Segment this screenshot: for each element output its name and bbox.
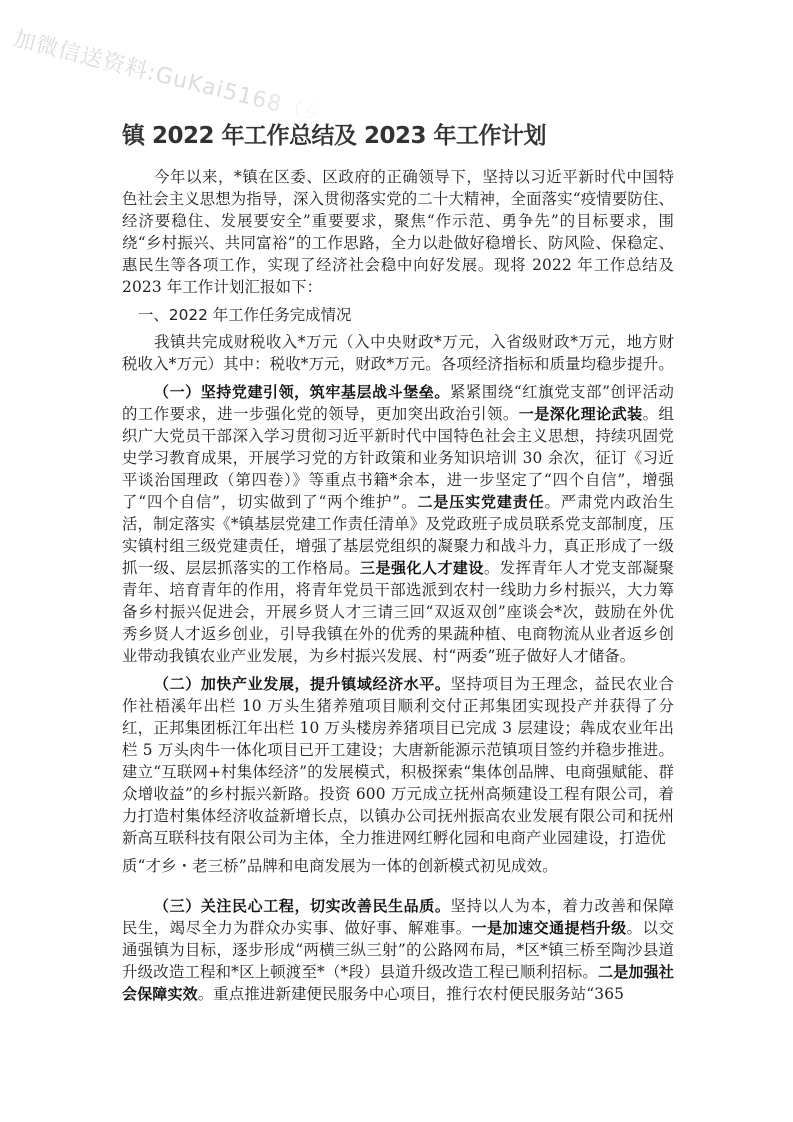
- paragraph-text: 。重点推进新建便民服务中心项目，推行农村便民服务站“365: [198, 985, 624, 1003]
- intro-paragraph: 今年以来，*镇在区委、区政府的正确领导下，坚持以习近平新时代中国特色社会主义思想…: [122, 166, 674, 298]
- paragraph-text: 坚持项目为王理念，益民农业合作社梧溪年出栏 10 万头生猪养殖项目顺利交付正邦集…: [122, 675, 674, 847]
- livelihood-paragraph: （三）关注民心工程，切实改善民生品质。坚持以人为本，着力改善和保障民生，竭尽全力…: [122, 895, 674, 1005]
- watermark: 加微信送资料:GuKai5168（免: [11, 22, 331, 130]
- document-page: 镇 2022 年工作总结及 2023 年工作计划 今年以来，*镇在区委、区政府的…: [122, 118, 674, 1005]
- paragraph-text-last-line: 质“才乡・老三桥”品牌和电商发展为一体的创新模式初见成效。: [122, 855, 674, 877]
- party-building-paragraph: （一）坚持党建引领，筑牢基层战斗堡垒。紧紧围绕“红旗党支部”创评活动的工作要求，…: [122, 381, 674, 667]
- bold-point-talent: 三是强化人才建设: [360, 559, 484, 577]
- finance-summary-paragraph: 我镇共完成财税收入*万元（入中央财政*万元，入省级财政*万元，地方财税收入*万元…: [122, 331, 674, 375]
- industry-development-paragraph: （二）加快产业发展，提升镇域经济水平。坚持项目为王理念，益民农业合作社梧溪年出栏…: [122, 673, 674, 877]
- bold-point-responsibility: 二是压实党建责任: [417, 493, 544, 511]
- subsection-heading-livelihood: （三）关注民心工程，切实改善民生品质。: [154, 897, 451, 915]
- section-heading-1: 一、2022 年工作任务完成情况: [122, 304, 674, 326]
- bold-point-transport: 一是加速交通提档升级: [472, 919, 627, 937]
- subsection-heading-party-building: （一）坚持党建引领，筑牢基层战斗堡垒。: [154, 383, 450, 401]
- subsection-heading-industry: （二）加快产业发展，提升镇域经济水平。: [154, 675, 451, 693]
- document-title: 镇 2022 年工作总结及 2023 年工作计划: [122, 118, 674, 154]
- bold-point-theory: 一是深化理论武装: [519, 405, 643, 423]
